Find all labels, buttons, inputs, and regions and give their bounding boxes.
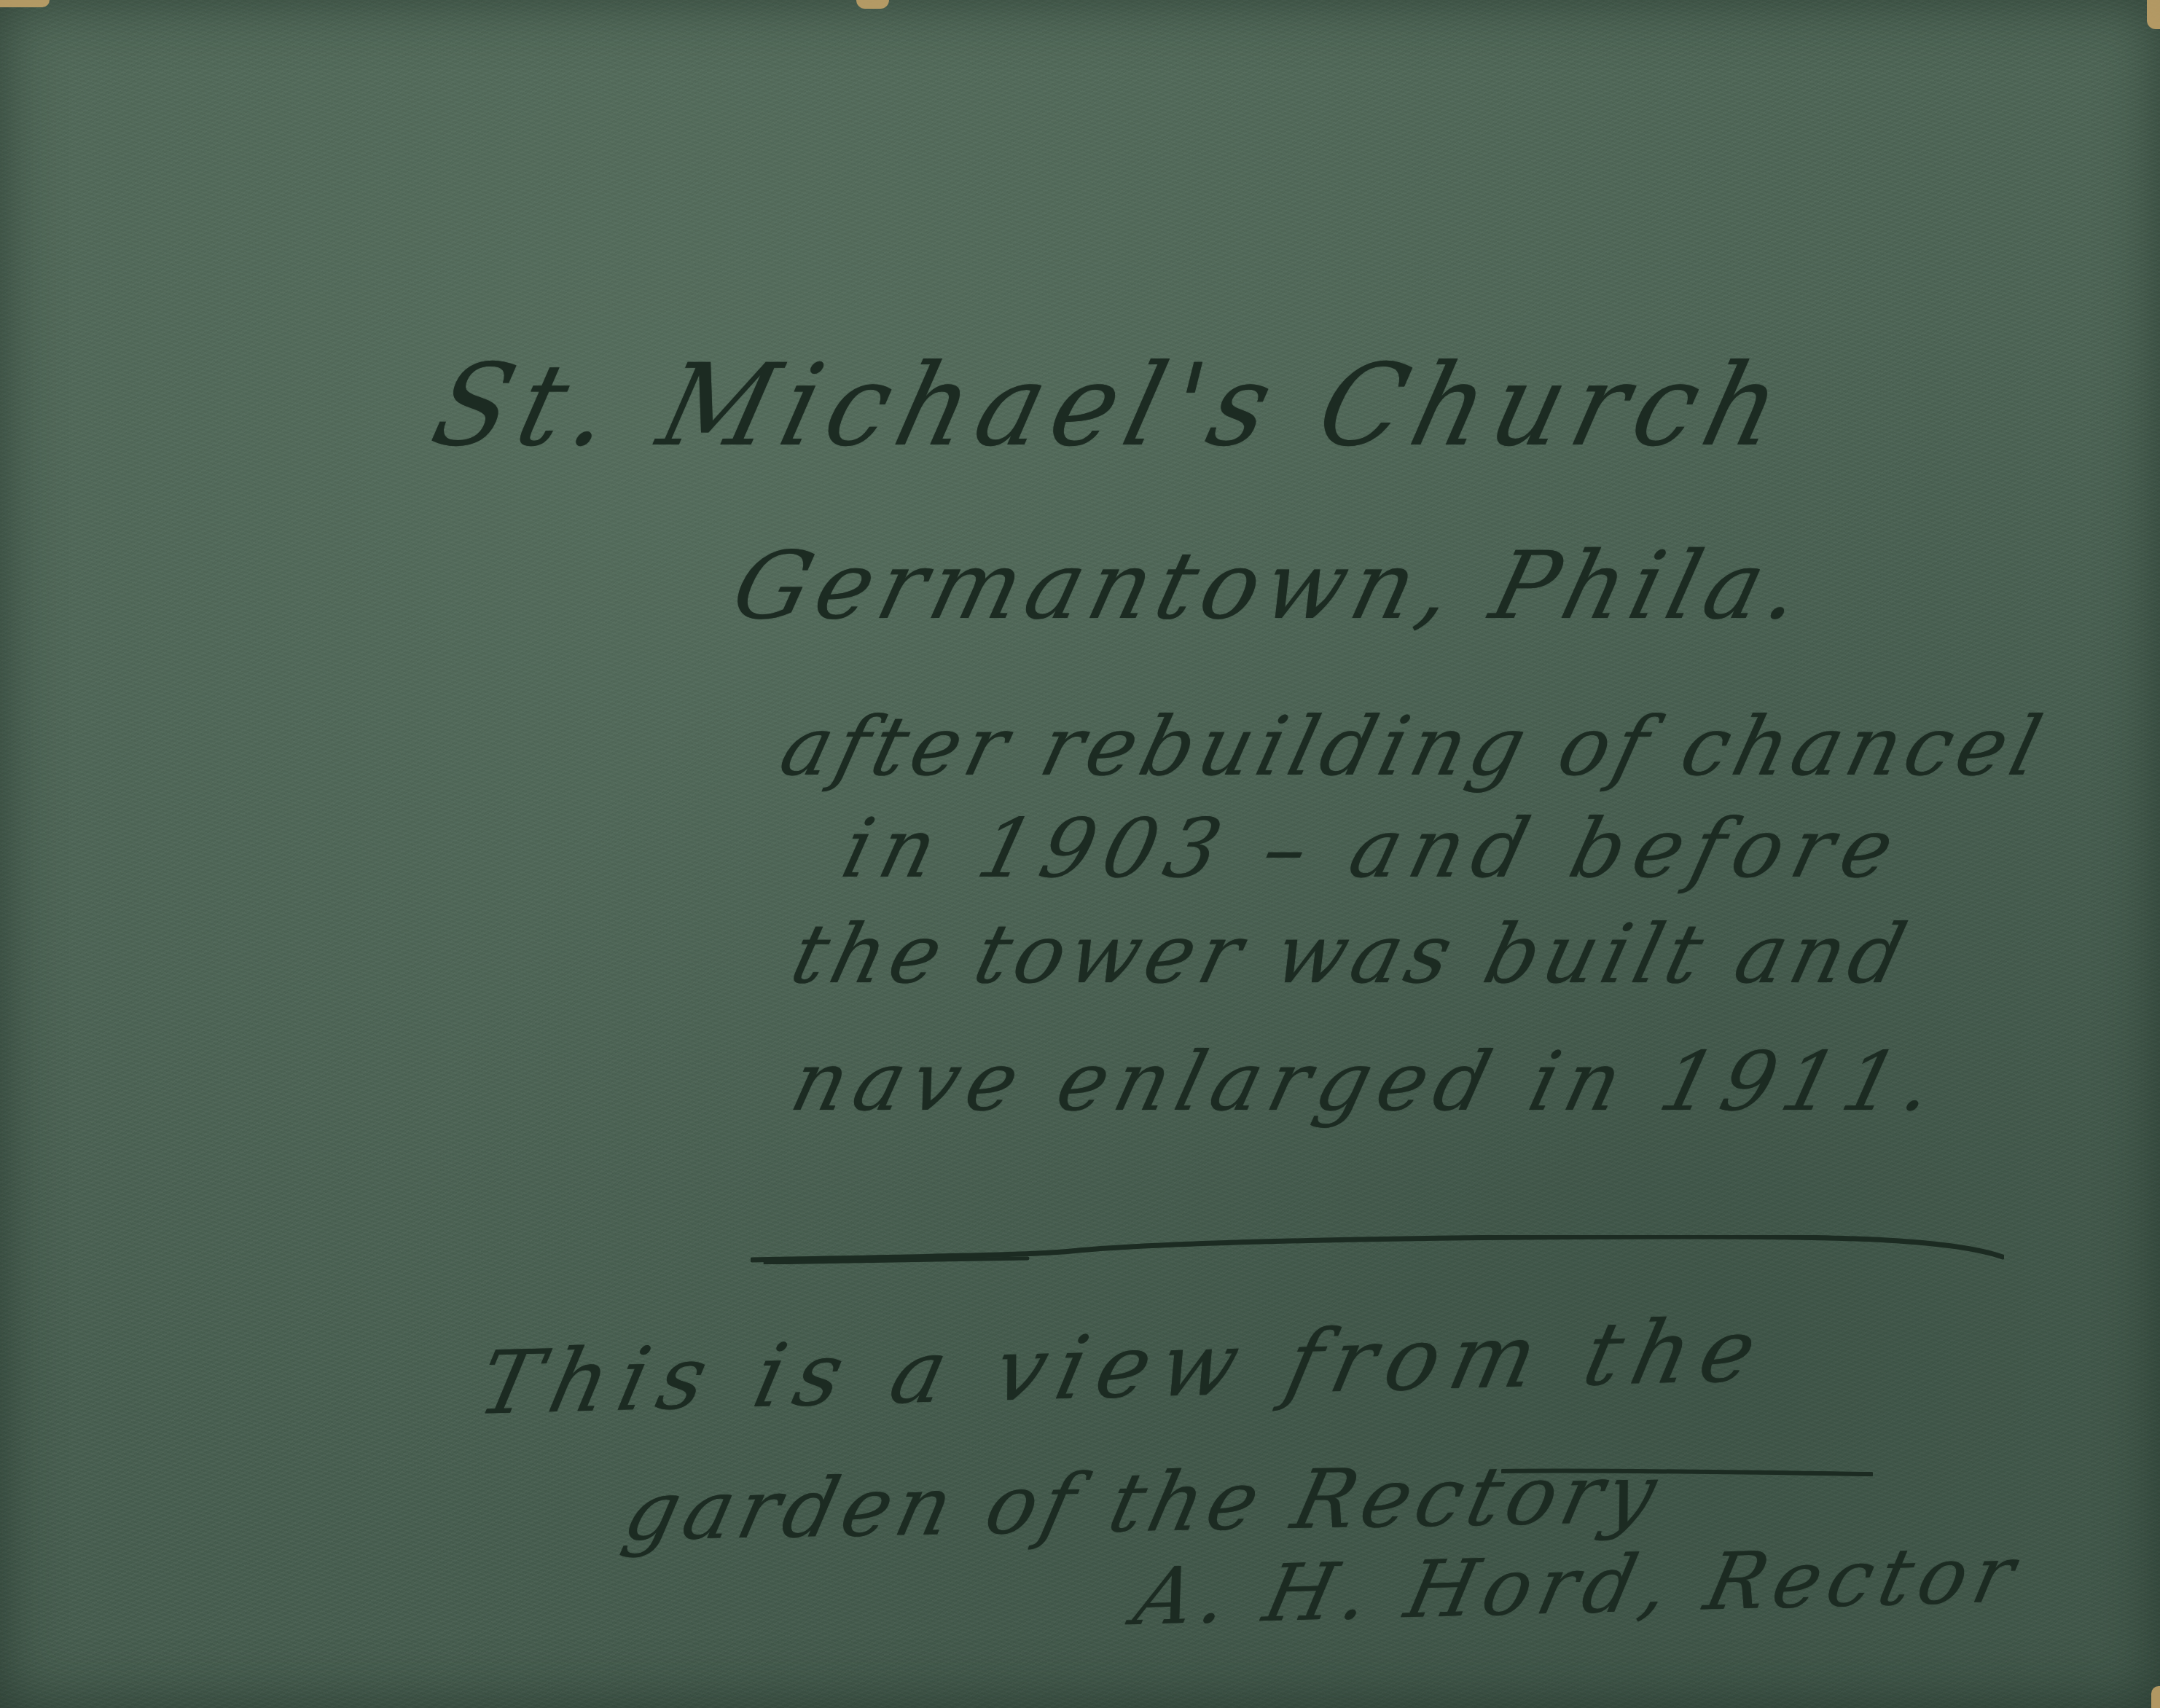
paper-chip-top-left [0,0,50,7]
heading-title: St. Michael's Church [420,340,1803,471]
rectory-underline [1501,1468,1873,1477]
paper-chip-top-right [2147,0,2160,29]
paper-chip-bottom-right [2151,1686,2160,1708]
note-line-1: This is a view from the [469,1300,1777,1435]
paper-chip-top [856,0,889,9]
body-line-2: in 1903 – and before [834,802,1913,896]
body-line-3: the tower was built and [783,907,1921,1002]
note-card: St. Michael's Church Germantown, Phila. … [0,0,2160,1708]
heading-location: Germantown, Phila. [722,532,1820,640]
body-line-4: nave enlarged in 1911. [783,1035,1952,1129]
body-line-1: after rebuilding of chancel [772,700,2056,794]
divider-rule [751,1235,2004,1264]
